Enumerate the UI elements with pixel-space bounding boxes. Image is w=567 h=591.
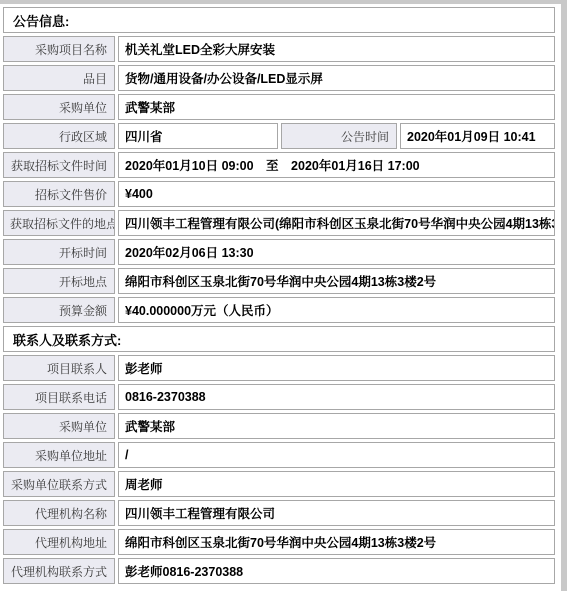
row-purchaser: 采购单位 武警某部	[3, 94, 555, 120]
field-label: 代理机构名称	[3, 500, 115, 526]
row-project-phone: 项目联系电话 0816-2370388	[3, 384, 555, 410]
field-label: 采购单位	[3, 413, 115, 439]
field-value: 彭老师0816-2370388	[118, 558, 555, 584]
field-label: 招标文件售价	[3, 181, 115, 207]
row-doc-price: 招标文件售价 ¥400	[3, 181, 555, 207]
field-label: 项目联系人	[3, 355, 115, 381]
field-value: ¥400	[118, 181, 555, 207]
field-label: 公告时间	[281, 123, 397, 149]
row-project-contact: 项目联系人 彭老师	[3, 355, 555, 381]
field-label: 获取招标文件时间	[3, 152, 115, 178]
row-category: 品目 货物/通用设备/办公设备/LED显示屏	[3, 65, 555, 91]
field-value: 机关礼堂LED全彩大屏安装	[118, 36, 555, 62]
field-label: 采购单位联系方式	[3, 471, 115, 497]
row-agency-address: 代理机构地址 绵阳市科创区玉泉北街70号华润中央公园4期13栋3楼2号	[3, 529, 555, 555]
field-value: 四川领丰工程管理有限公司	[118, 500, 555, 526]
row-doc-obtain-time: 获取招标文件时间 2020年01月10日 09:00 至 2020年01月16日…	[3, 152, 555, 178]
row-project-name: 采购项目名称 机关礼堂LED全彩大屏安装	[3, 36, 555, 62]
field-value: 绵阳市科创区玉泉北街70号华润中央公园4期13栋3楼2号	[118, 268, 555, 294]
field-label: 项目联系电话	[3, 384, 115, 410]
field-label: 品目	[3, 65, 115, 91]
section-header-announcement-info: 公告信息:	[3, 7, 555, 33]
section-title: 联系人及联系方式:	[3, 326, 555, 352]
field-value: 2020年01月09日 10:41	[400, 123, 555, 149]
page-right-edge	[561, 0, 567, 591]
field-value: 武警某部	[118, 94, 555, 120]
field-value: 周老师	[118, 471, 555, 497]
field-value: 0816-2370388	[118, 384, 555, 410]
field-value: 四川领丰工程管理有限公司(绵阳市科创区玉泉北街70号华润中央公园4期13栋3楼2…	[118, 210, 555, 236]
field-label: 开标时间	[3, 239, 115, 265]
field-label: 行政区域	[3, 123, 115, 149]
field-label: 开标地点	[3, 268, 115, 294]
row-budget-amount: 预算金额 ¥40.000000万元（人民币）	[3, 297, 555, 323]
field-label: 代理机构联系方式	[3, 558, 115, 584]
row-purchaser-address: 采购单位地址 /	[3, 442, 555, 468]
announcement-table: 公告信息: 采购项目名称 机关礼堂LED全彩大屏安装 品目 货物/通用设备/办公…	[0, 4, 558, 587]
field-label: 预算金额	[3, 297, 115, 323]
field-value: 货物/通用设备/办公设备/LED显示屏	[118, 65, 555, 91]
field-label: 采购项目名称	[3, 36, 115, 62]
field-value: 2020年01月10日 09:00 至 2020年01月16日 17:00	[118, 152, 555, 178]
row-purchaser-contact: 采购单位联系方式 周老师	[3, 471, 555, 497]
field-value: 2020年02月06日 13:30	[118, 239, 555, 265]
field-label: 采购单位地址	[3, 442, 115, 468]
field-value: 彭老师	[118, 355, 555, 381]
row-purchaser-name: 采购单位 武警某部	[3, 413, 555, 439]
row-doc-obtain-place: 获取招标文件的地点 四川领丰工程管理有限公司(绵阳市科创区玉泉北街70号华润中央…	[3, 210, 555, 236]
row-agency-name: 代理机构名称 四川领丰工程管理有限公司	[3, 500, 555, 526]
row-bid-opening-time: 开标时间 2020年02月06日 13:30	[3, 239, 555, 265]
field-value: 武警某部	[118, 413, 555, 439]
section-title: 公告信息:	[3, 7, 555, 33]
row-bid-opening-place: 开标地点 绵阳市科创区玉泉北街70号华润中央公园4期13栋3楼2号	[3, 268, 555, 294]
field-label: 采购单位	[3, 94, 115, 120]
section-header-contact-info: 联系人及联系方式:	[3, 326, 555, 352]
field-label: 代理机构地址	[3, 529, 115, 555]
field-value: 四川省	[118, 123, 278, 149]
row-agency-contact: 代理机构联系方式 彭老师0816-2370388	[3, 558, 555, 584]
field-value: ¥40.000000万元（人民币）	[118, 297, 555, 323]
field-label: 获取招标文件的地点	[3, 210, 115, 236]
row-region-and-publish-time: 行政区域 四川省 公告时间 2020年01月09日 10:41	[3, 123, 555, 149]
field-value: /	[118, 442, 555, 468]
field-value: 绵阳市科创区玉泉北街70号华润中央公园4期13栋3楼2号	[118, 529, 555, 555]
